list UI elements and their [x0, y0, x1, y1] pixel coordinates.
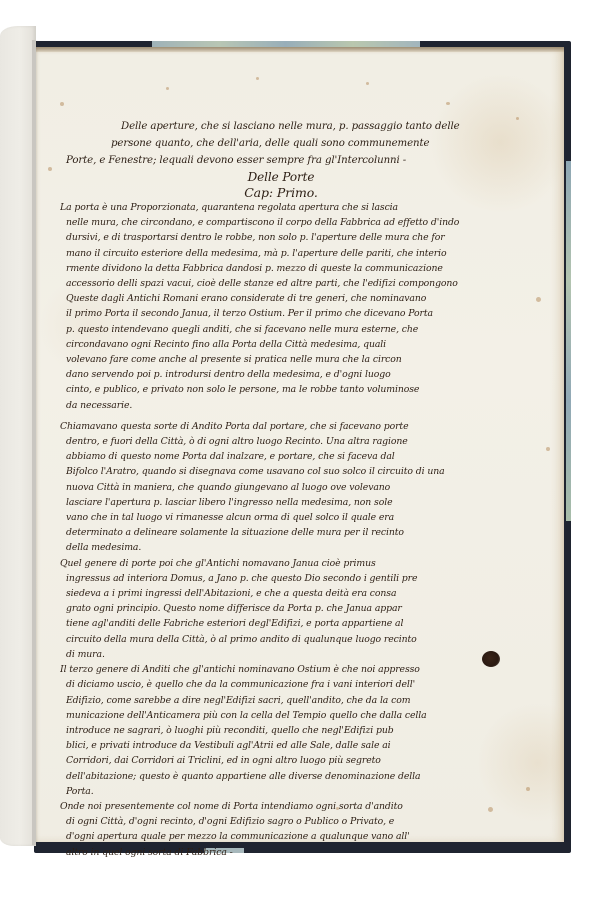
- text-line: di ogni Città, d'ogni recinto, d'ogni Ed…: [66, 814, 536, 829]
- flyleaf-shadow: [32, 40, 38, 845]
- text-line: nelle mura, che circondano, e compartisc…: [66, 215, 536, 230]
- text-line: volevano fare come anche al presente si …: [66, 352, 536, 367]
- text-line: nuova Città in maniera, che quando giung…: [66, 480, 536, 495]
- foxing-spot: [446, 102, 450, 105]
- text-line: ingressus ad interiora Domus, a Jano p. …: [66, 571, 536, 586]
- text-line: circuito della mura della Città, ò al pr…: [66, 632, 536, 647]
- manuscript-text: Delle aperture, che si lasciano nelle mu…: [66, 118, 536, 860]
- text-line: Bifolco l'Aratro, quando si disegnava co…: [66, 464, 536, 479]
- text-line: Chiamavano questa sorte di Andito Porta …: [60, 419, 536, 434]
- text-line: d'ogni apertura quale per mezzo la commu…: [66, 829, 536, 844]
- text-line: accessorio delli spazi vacui, cioè delle…: [66, 276, 536, 291]
- text-line: Corridori, dai Corridori ai Triclini, ed…: [66, 753, 536, 768]
- text-line: blici, e privati introduce da Vestibuli …: [66, 738, 536, 753]
- text-line: Queste dagli Antichi Romani erano consid…: [66, 291, 536, 306]
- text-line: lasciare l'apertura p. lasciar libero l'…: [66, 495, 536, 510]
- text-line: introduce ne sagrari, ò luoghi più recon…: [66, 723, 536, 738]
- text-line: municazione dell'Anticamera più con la c…: [66, 708, 536, 723]
- text-line: da necessarie.: [66, 398, 536, 413]
- text-line: mano il circuito esteriore della medesim…: [66, 246, 536, 261]
- text-line: di mura.: [66, 647, 536, 662]
- text-line: circondavano ogni Recinto fino alla Port…: [66, 337, 536, 352]
- paragraph-2: Chiamavano questa sorte di Andito Porta …: [66, 419, 536, 556]
- text-line: siedeva a i primi ingressi dell'Abitazio…: [66, 586, 536, 601]
- text-line: La porta è una Proporzionata, quarantena…: [60, 200, 536, 215]
- text-line: della medesima.: [66, 540, 536, 555]
- text-line: Il terzo genere di Anditi che gl'antichi…: [60, 662, 536, 677]
- foxing-spot: [60, 102, 64, 106]
- heading-line: Porte, e Fenestre; lequali devono esser …: [66, 152, 536, 169]
- text-line: altro in quel ogni sorta di Fabbrica -: [66, 845, 536, 860]
- text-line: rmente dividono la detta Fabbrica dandos…: [66, 261, 536, 276]
- text-line: dentro, e fuori della Città, ò di ogni a…: [66, 434, 536, 449]
- text-line: vano che in tal luogo vi rimanesse alcun…: [66, 510, 536, 525]
- foxing-spot: [536, 297, 541, 302]
- text-line: dursivi, e di trasportarsi dentro le rob…: [66, 230, 536, 245]
- text-line: tiene agl'anditi delle Fabriche esterior…: [66, 616, 536, 631]
- paragraph-1: La porta è una Proporzionata, quarantena…: [66, 200, 536, 413]
- text-line: Edifizio, come sarebbe a dire negl'Edifi…: [66, 693, 536, 708]
- paragraph-5: Onde noi presentemente col nome di Porta…: [66, 799, 536, 860]
- text-line: Porta.: [66, 784, 536, 799]
- text-line: il primo Porta il secondo Janua, il terz…: [66, 306, 536, 321]
- section-title: Delle Porte: [26, 169, 536, 185]
- text-line: determinato a delineare solamente la sit…: [66, 525, 536, 540]
- foxing-spot: [546, 447, 550, 451]
- marbled-endpaper-right: [566, 161, 571, 521]
- text-line: grato ogni principio. Questo nome differ…: [66, 601, 536, 616]
- paragraph-3: Quel genere di porte poi che gl'Antichi …: [66, 556, 536, 662]
- paragraph-4: Il terzo genere di Anditi che gl'antichi…: [66, 662, 536, 799]
- flyleaf-page-edge: [0, 26, 36, 846]
- foxing-spot: [366, 82, 369, 85]
- heading-line: persone quanto, che dell'aria, delle qua…: [66, 135, 536, 152]
- text-line: Onde noi presentemente col nome di Porta…: [60, 799, 536, 814]
- text-line: Quel genere di porte poi che gl'Antichi …: [60, 556, 536, 571]
- text-line: di diciamo uscio, è quello che da la com…: [66, 677, 536, 692]
- text-line: abbiamo di questo nome Porta dal inalzar…: [66, 449, 536, 464]
- leaf-top-edge: [36, 47, 564, 52]
- chapter-heading: Cap: Primo.: [26, 185, 536, 200]
- foxing-spot: [166, 87, 169, 90]
- heading-line: Delle aperture, che si lasciano nelle mu…: [66, 118, 536, 135]
- text-line: dell'abitazione; questo è quanto apparti…: [66, 769, 536, 784]
- text-line: p. questo intendevano quegli anditi, che…: [66, 322, 536, 337]
- foxing-spot: [256, 77, 259, 80]
- text-line: dano servendo poi p. introdursi dentro d…: [66, 367, 536, 382]
- text-line: cinto, e publico, e privato non solo le …: [66, 382, 536, 397]
